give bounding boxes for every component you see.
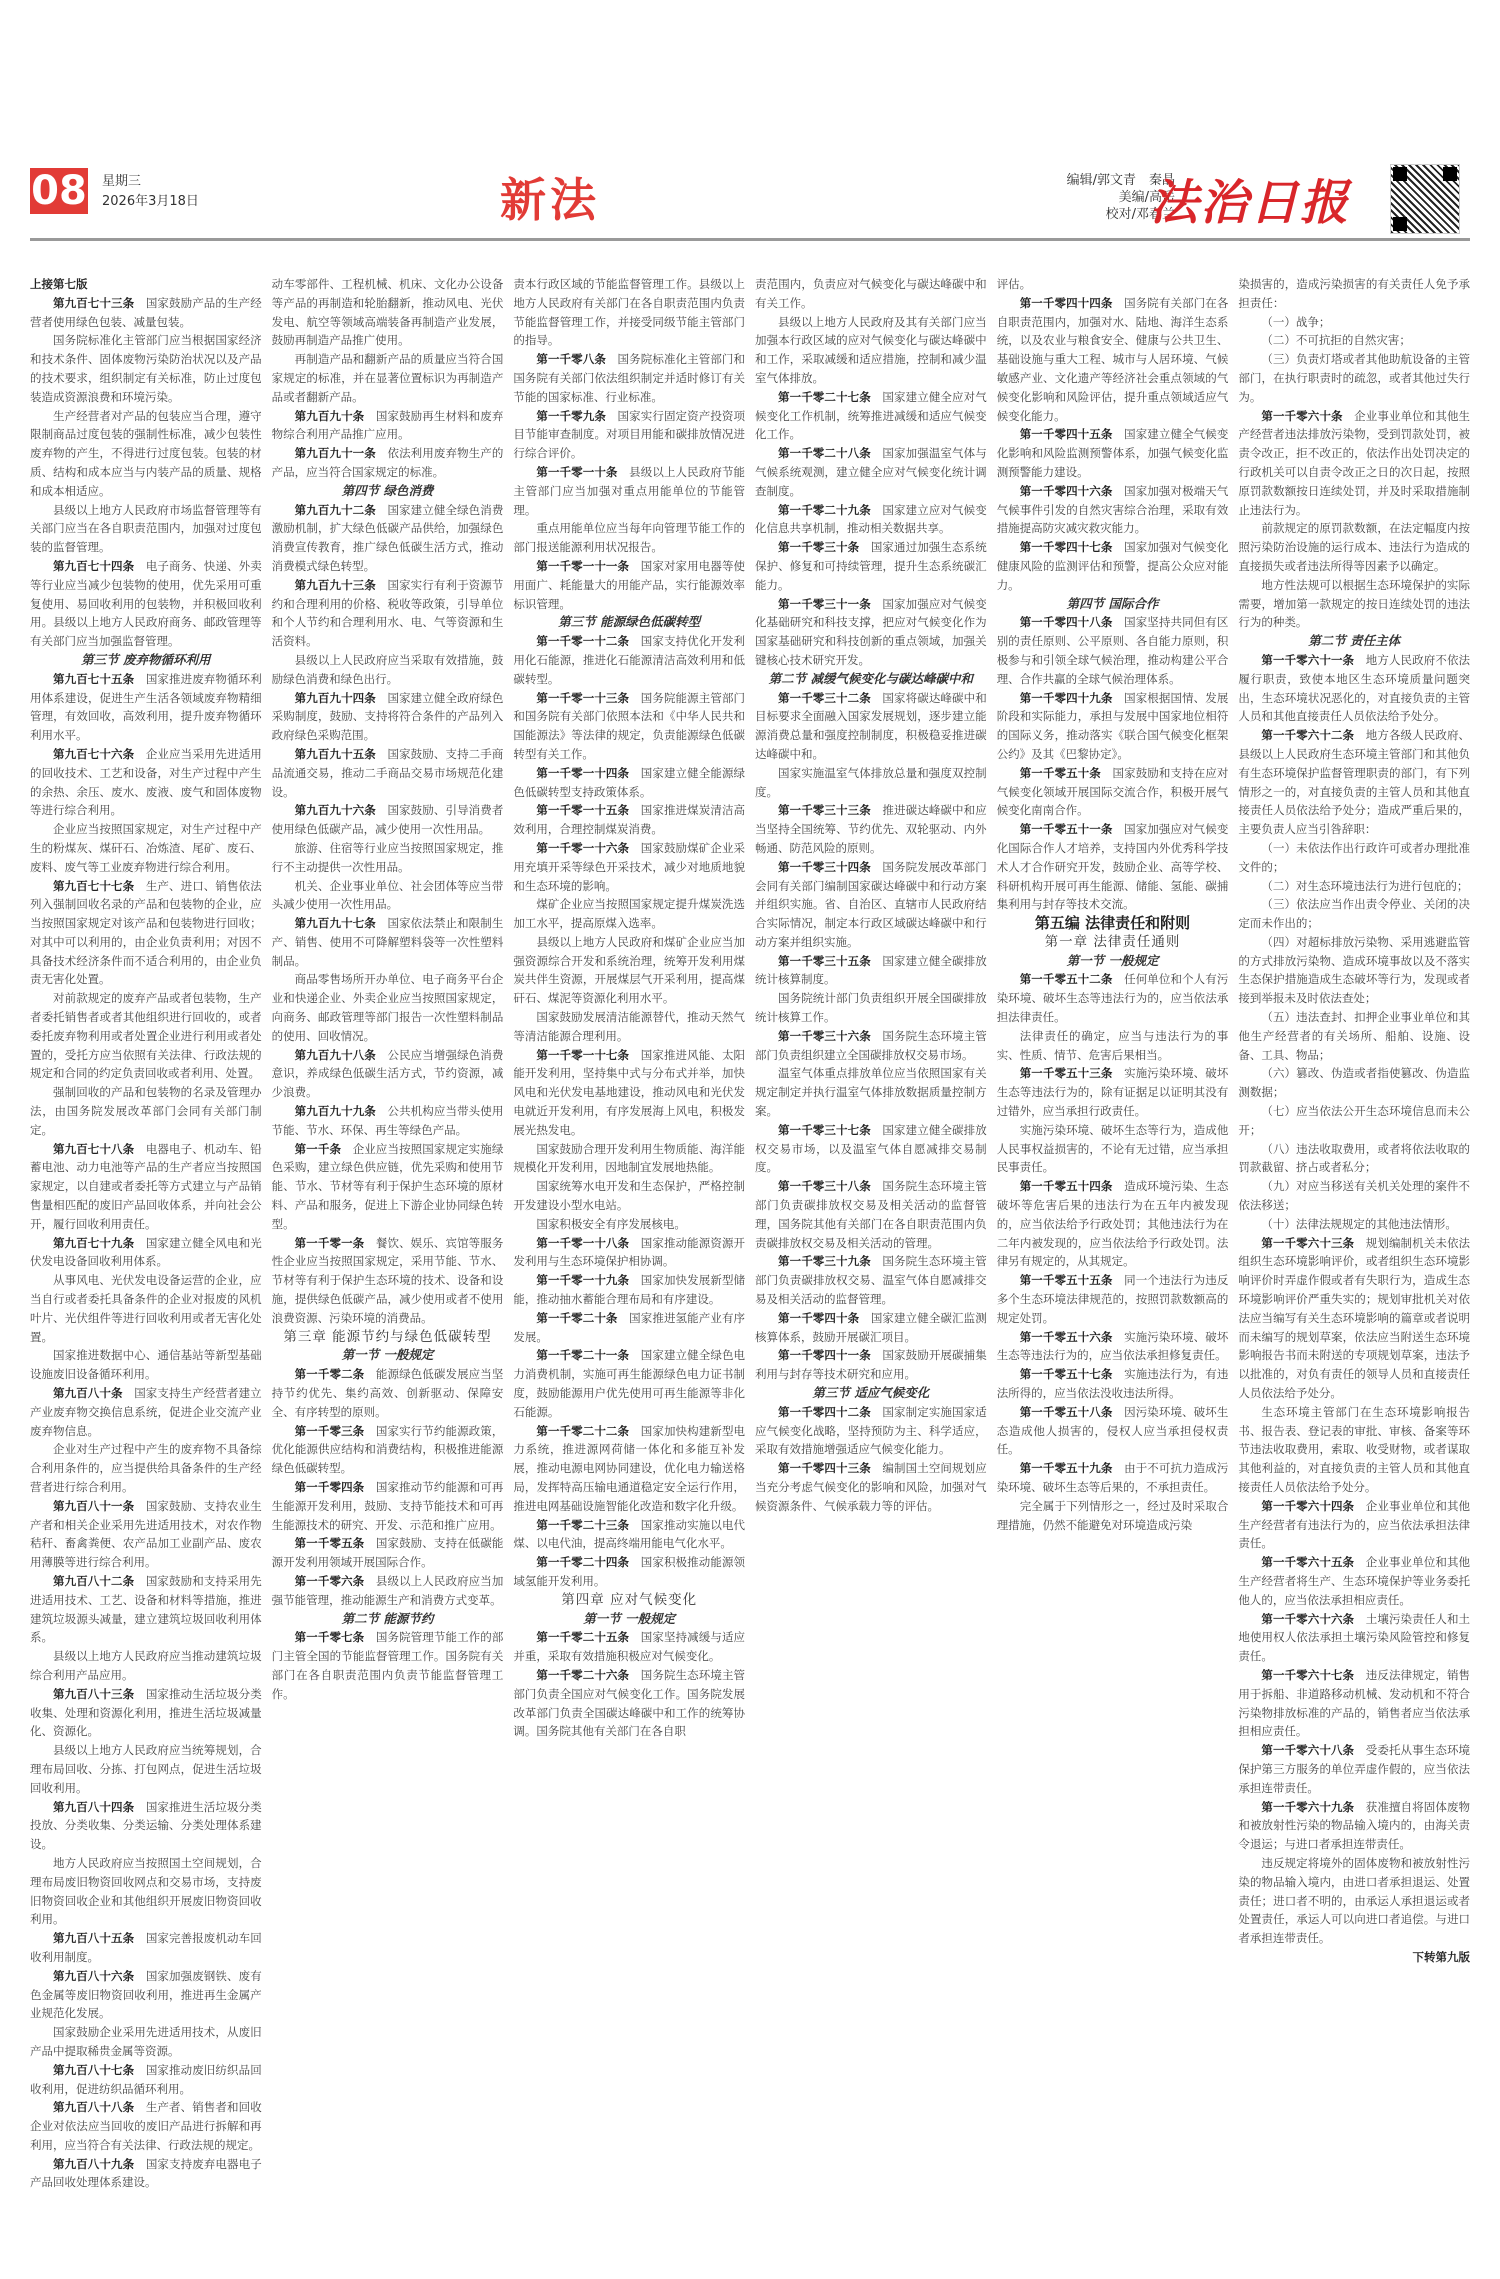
article-paragraph: 第一千零一十三条 国务院能源主管部门和国务院有关部门依照本法和《中华人民共和国能… [513, 689, 745, 764]
article-number: 第一千零二十七条 [778, 390, 871, 404]
body-paragraph: 温室气体重点排放单位应当依照国家有关规定制定并执行温室气体排放数据质量控制方案。 [755, 1064, 987, 1120]
article-number: 第一千零一十八条 [536, 1236, 629, 1250]
article-paragraph: 第九百九十八条 公民应当增强绿色消费意识，养成绿色低碳生活方式，节约资源，减少浪… [272, 1046, 504, 1102]
article-number: 第一千零二十二条 [536, 1424, 629, 1438]
article-paragraph: 第九百八十五条 国家完善报废机动车回收利用制度。 [30, 1929, 262, 1967]
body-paragraph: 完全属于下列情形之一，经过及时采取合理措施，仍然不能避免对环境造成污染 [997, 1497, 1229, 1535]
article-number: 第一千零五十八条 [1020, 1405, 1113, 1419]
article-paragraph: 第一千零二十条 国家推进氢能产业有序发展。 [513, 1309, 745, 1347]
chapter-heading: 第四章 应对气候变化 [513, 1591, 745, 1610]
article-number: 第一千零一十九条 [536, 1273, 629, 1287]
article-number: 第九百八十七条 [53, 2063, 134, 2077]
article-number: 第一千零四十二条 [778, 1405, 871, 1419]
article-number: 第一千零三十八条 [778, 1179, 871, 1193]
article-paragraph: 第一千零五十九条 由于不可抗力造成污染环境、破坏生态等后果的，不承担责任。 [997, 1459, 1229, 1497]
body-paragraph: （一）未依法作出行政许可或者办理批准文件的； [1238, 839, 1470, 877]
article-number: 第九百八十二条 [53, 1574, 134, 1588]
body-paragraph: 企业应当按照国家规定，对生产过程中产生的粉煤灰、煤矸石、冶炼渣、尾矿、废石、废料… [30, 820, 262, 876]
continued-from-label: 上接第七版 [30, 275, 262, 294]
article-number: 第一千零二十九条 [778, 503, 871, 517]
article-text: 企业事业单位和其他生产经营者违法排放污染物，受到罚款处罚，被责令改正，拒不改正的… [1238, 409, 1470, 517]
article-paragraph: 第一千零五十三条 实施污染环境、破坏生态等违法行为的，除有证据足以证明其没有过错… [997, 1064, 1229, 1120]
body-paragraph: 国家鼓励发展清洁能源替代，推动天然气等清洁能源合理利用。 [513, 1008, 745, 1046]
section-heading: 第二节 减缓气候变化与碳达峰碳中和 [755, 670, 987, 689]
article-paragraph: 第一千零二十八条 国家加强温室气体与气候系统观测，建立健全应对气候变化统计调查制… [755, 444, 987, 500]
body-paragraph: 强制回收的产品和包装物的名录及管理办法，由国务院发展改革部门会同有关部门制定。 [30, 1083, 262, 1139]
article-paragraph: 第一千零四十六条 国家加强对极端天气气候事件引发的自然灾害综合治理，采取有效措施… [997, 482, 1229, 538]
article-number: 第九百九十三条 [295, 578, 376, 592]
article-number: 第九百九十一条 [295, 446, 376, 460]
section-heading: 第一节 一般规定 [513, 1610, 745, 1629]
article-number: 第一千零三十一条 [778, 597, 871, 611]
article-paragraph: 第一千零一十九条 国家加快发展新型储能，推动抽水蓄能合理布局和有序建设。 [513, 1271, 745, 1309]
article-paragraph: 第一千零一十二条 国家支持优化开发利用化石能源，推进化石能源清洁高效利用和低碳转… [513, 632, 745, 688]
article-paragraph: 第一千零四十条 国家建立健全碳汇监测核算体系，鼓励开展碳汇项目。 [755, 1309, 987, 1347]
article-paragraph: 第一千零二十二条 国家加快构建新型电力系统，推进源网荷储一体化和多能互补发展，推… [513, 1422, 745, 1516]
article-paragraph: 第一千零四十四条 国务院有关部门在各自职责范围内，加强对水、陆地、海洋生态系统，… [997, 294, 1229, 426]
body-paragraph: 县级以上地方人民政府应当推动建筑垃圾综合利用产品应用。 [30, 1647, 262, 1685]
article-number: 第一千零二十八条 [778, 446, 871, 460]
article-paragraph: 第一千零七条 国务院管理节能工作的部门主管全国的节能监督管理工作。国务院有关部门… [272, 1628, 504, 1703]
article-number: 第一千零七条 [295, 1630, 365, 1644]
article-paragraph: 第九百七十六条 企业应当采用先进适用的回收技术、工艺和设备，对生产过程中产生的余… [30, 745, 262, 820]
article-number: 第一千零四十五条 [1020, 427, 1113, 441]
article-number: 第一千零三十条 [778, 540, 859, 554]
article-number: 第一千零六十九条 [1261, 1800, 1354, 1814]
body-paragraph: 生态环境主管部门在生态环境影响报告书、报告表、登记表的审批、审核、备案等环节违法… [1238, 1403, 1470, 1497]
body-paragraph: 机关、企业事业单位、社会团体等应当带头减少使用一次性用品。 [272, 877, 504, 915]
article-paragraph: 第一千零三十五条 国家建立健全碳排放统计核算制度。 [755, 952, 987, 990]
article-paragraph: 第一千零六十三条 规划编制机关未依法组织生态环境影响评价，或者组织生态环境影响评… [1238, 1234, 1470, 1403]
article-paragraph: 第一千零三十条 国家通过加强生态系统保护、修复和可持续管理，提升生态系统碳汇能力… [755, 538, 987, 594]
chapter-heading: 第三章 能源节约与绿色低碳转型 [272, 1328, 504, 1347]
article-number: 第九百七十五条 [53, 672, 134, 686]
article-number: 第一千零五条 [295, 1536, 365, 1550]
article-paragraph: 第一千零二十三条 国家推动实施以电代煤、以电代油，提高终端用能电气化水平。 [513, 1516, 745, 1554]
article-paragraph: 第一千零一条 餐饮、娱乐、宾馆等服务性企业应当按照国家规定，采用节能、节水、节材… [272, 1234, 504, 1328]
body-paragraph: 再制造产品和翻新产品的质量应当符合国家规定的标准，并在显著位置标识为再制造产品或… [272, 350, 504, 406]
article-paragraph: 第一千零一十五条 国家推进煤炭清洁高效利用，合理控制煤炭消费。 [513, 801, 745, 839]
article-paragraph: 第九百七十四条 电子商务、快递、外卖等行业应当减少包装物的使用，优先采用可重复使… [30, 557, 262, 651]
article-paragraph: 第九百八十一条 国家鼓励、支持农业生产者和相关企业采用先进适用技术，对农作物秸秆… [30, 1497, 262, 1572]
article-number: 第一千零五十二条 [1020, 972, 1113, 986]
article-number: 第一千零五十五条 [1020, 1273, 1113, 1287]
article-paragraph: 第一千零二十五条 国家坚持减缓与适应并重，采取有效措施积极应对气候变化。 [513, 1628, 745, 1666]
article-number: 第九百九十六条 [295, 803, 376, 817]
article-paragraph: 第一千零四十五条 国家建立健全气候变化影响和风险监测预警体系，加强气候变化监测预… [997, 425, 1229, 481]
article-paragraph: 第一千零六十七条 违反法律规定，销售用于拆船、非道路移动机械、发动机和不符合污染… [1238, 1666, 1470, 1741]
article-number: 第一千零一十七条 [536, 1048, 629, 1062]
article-text: 规划编制机关未依法组织生态环境影响评价，或者组织生态环境影响评价时弄虚作假或者有… [1238, 1236, 1470, 1400]
body-paragraph: 商品零售场所开办单位、电子商务平台企业和快递企业、外卖企业应当按照国家规定，向商… [272, 970, 504, 1045]
article-paragraph: 第九百八十二条 国家鼓励和支持采用先进适用技术、工艺、设备和材料等措施，推进建筑… [30, 1572, 262, 1647]
article-paragraph: 第九百九十四条 国家建立健全政府绿色采购制度，鼓励、支持将符合条件的产品列入政府… [272, 689, 504, 745]
article-paragraph: 第一千零三十四条 国务院发展改革部门会同有关部门编制国家碳达峰碳中和行动方案并组… [755, 858, 987, 952]
article-number: 第一千零一十条 [536, 465, 617, 479]
body-paragraph: 县级以上地方人民政府应当统筹规划，合理布局回收、分拣、打包网点，促进生活垃圾回收… [30, 1741, 262, 1797]
article-paragraph: 第一千零五十二条 任何单位和个人有污染环境、破坏生态等违法行为的，应当依法承担法… [997, 970, 1229, 1026]
article-number: 第九百九十二条 [295, 503, 376, 517]
body-paragraph: （八）违法收取费用，或者将依法收取的罚款截留、挤占或者私分； [1238, 1140, 1470, 1178]
article-paragraph: 第一千零一十一条 国家对家用电器等使用面广、耗能量大的用能产品，实行能源效率标识… [513, 557, 745, 613]
article-paragraph: 第一千零五十八条 因污染环境、破坏生态造成他人损害的，侵权人应当承担侵权责任。 [997, 1403, 1229, 1459]
body-paragraph: 县级以上人民政府应当采取有效措施，鼓励绿色消费和绿色出行。 [272, 651, 504, 689]
article-paragraph: 第九百八十三条 国家推动生活垃圾分类收集、处理和资源化利用，推进生活垃圾减量化、… [30, 1685, 262, 1741]
article-number: 第一千零二十六条 [536, 1668, 629, 1682]
article-number: 第九百七十九条 [53, 1236, 134, 1250]
article-paragraph: 第一千零五条 国家鼓励、支持在低碳能源开发利用领域开展国际合作。 [272, 1534, 504, 1572]
article-number: 第一千零三十五条 [778, 954, 871, 968]
article-number: 第九百七十六条 [53, 747, 134, 761]
article-number: 第九百九十条 [295, 409, 365, 423]
article-number: 第一千条 [295, 1142, 341, 1156]
article-paragraph: 第九百八十条 国家支持生产经营者建立产业废弃物交换信息系统，促进企业交流产业废弃… [30, 1384, 262, 1440]
body-paragraph: 染损害的，造成污染损害的有关责任人免予承担责任： [1238, 275, 1470, 313]
weekday-label: 星期三 [102, 170, 141, 189]
body-paragraph: 县级以上地方人民政府市场监督管理等有关部门应当在各自职责范围内，加强对过度包装的… [30, 501, 262, 557]
body-paragraph: （四）对超标排放污染物、采用逃避监管的方式排放污染物、造成环境事故以及不落实生态… [1238, 933, 1470, 1008]
article-number: 第一千零一十二条 [536, 634, 629, 648]
article-paragraph: 第九百七十三条 国家鼓励产品的生产经营者使用绿色包装、减量包装。 [30, 294, 262, 332]
body-paragraph: 法律责任的确定，应当与违法行为的事实、性质、情节、危害后果相当。 [997, 1027, 1229, 1065]
article-number: 第九百七十四条 [53, 559, 134, 573]
article-number: 第一千零五十九条 [1020, 1461, 1113, 1475]
section-heading: 第二节 能源节约 [272, 1610, 504, 1629]
article-number: 第一千零一十一条 [536, 559, 629, 573]
column-6: 染损害的，造成污染损害的有关责任人免予承担责任：（一）战争；（二）不可抗拒的自然… [1238, 275, 1470, 2220]
article-paragraph: 第一千零四十二条 国家制定实施国家适应气候变化战略，坚持预防为主、科学适应，采取… [755, 1403, 987, 1459]
body-paragraph: 煤矿企业应当按照国家规定提升煤炭洗选加工水平，提高原煤入选率。 [513, 895, 745, 933]
article-paragraph: 第一千零一十六条 国家鼓励煤矿企业采用充填开采等绿色开采技术，减少对地质地貌和生… [513, 839, 745, 895]
body-paragraph: （一）战争； [1238, 313, 1470, 332]
article-number: 第一千零一十三条 [536, 691, 629, 705]
article-number: 第一千零三条 [295, 1424, 365, 1438]
body-paragraph: （二）不可抗拒的自然灾害； [1238, 331, 1470, 350]
article-columns: 上接第七版第九百七十三条 国家鼓励产品的生产经营者使用绿色包装、减量包装。国务院… [30, 275, 1470, 2220]
article-number: 第一千零六十条 [1261, 409, 1342, 423]
article-number: 第一千零三十四条 [778, 860, 871, 874]
article-paragraph: 第一千零三十八条 国务院生态环境主管部门负责碳排放权交易及相关活动的监督管理，国… [755, 1177, 987, 1252]
body-paragraph: （六）篡改、伪造或者指使篡改、伪造监测数据； [1238, 1064, 1470, 1102]
article-paragraph: 第一千零三十七条 国家建立健全碳排放权交易市场，以及温室气体自愿减排交易制度。 [755, 1121, 987, 1177]
column-1: 上接第七版第九百七十三条 国家鼓励产品的生产经营者使用绿色包装、减量包装。国务院… [30, 275, 262, 2220]
article-number: 第九百八十三条 [53, 1687, 134, 1701]
article-paragraph: 第一千零三十九条 国务院生态环境主管部门负责碳排放权交易、温室气体自愿减排交易及… [755, 1252, 987, 1308]
body-paragraph: （五）违法查封、扣押企业事业单位和其他生产经营者的有关场所、船舶、设施、设备、工… [1238, 1008, 1470, 1064]
article-number: 第一千零六条 [295, 1574, 365, 1588]
article-paragraph: 第一千零六十四条 企业事业单位和其他生产经营者有违法行为的，应当依法承担法律责任… [1238, 1497, 1470, 1553]
article-number: 第一千零四十条 [778, 1311, 859, 1325]
article-paragraph: 第一千零八条 国务院标准化主管部门和国务院有关部门依法组织制定并适时修订有关节能… [513, 350, 745, 406]
body-paragraph: 地方性法规可以根据生态环境保护的实际需要，增加第一款规定的按日连续处罚的违法行为… [1238, 576, 1470, 632]
article-number: 第一千零五十条 [1020, 766, 1101, 780]
article-number: 第一千零二条 [295, 1367, 365, 1381]
article-paragraph: 第一千零四十三条 编制国土空间规划应当充分考虑气候变化的影响和风险，加强对气候资… [755, 1459, 987, 1515]
body-paragraph: 县级以上地方人民政府及其有关部门应当加强本行政区域的应对气候变化与碳达峰碳中和工… [755, 313, 987, 388]
article-number: 第九百九十九条 [295, 1104, 376, 1118]
article-number: 第一千零四十四条 [1020, 296, 1113, 310]
section-heading: 第一节 一般规定 [997, 952, 1229, 971]
body-paragraph: （三）依法应当作出责令停业、关闭的决定而未作出的； [1238, 895, 1470, 933]
body-paragraph: 评估。 [997, 275, 1229, 294]
article-number: 第一千零二十五条 [536, 1630, 629, 1644]
body-paragraph: （二）对生态环境违法行为进行包庇的； [1238, 877, 1470, 896]
article-paragraph: 第一千零三十三条 推进碳达峰碳中和应当坚持全国统筹、节约优先、双轮驱动、内外畅通… [755, 801, 987, 857]
article-number: 第一千零五十四条 [1020, 1179, 1113, 1193]
article-number: 第九百九十五条 [295, 747, 376, 761]
article-number: 第九百八十四条 [53, 1800, 134, 1814]
page-header: 08 星期三 2026年3月18日 新法 编辑/郭文青 秦晶 美编/高岳 校对/… [30, 160, 1470, 240]
article-paragraph: 第一千零三十六条 国务院生态环境主管部门负责组织建立全国碳排放权交易市场。 [755, 1027, 987, 1065]
article-number: 第一千零一条 [295, 1236, 365, 1250]
article-paragraph: 第九百七十七条 生产、进口、销售依法列入强制回收名录的产品和包装物的企业，应当按… [30, 877, 262, 990]
article-number: 第九百九十七条 [295, 916, 376, 930]
article-paragraph: 第九百七十九条 国家建立健全风电和光伏发电设备回收利用体系。 [30, 1234, 262, 1272]
article-number: 第一千零六十六条 [1261, 1612, 1354, 1626]
article-paragraph: 第九百九十二条 国家建立健全绿色消费激励机制，扩大绿色低碳产品供给，加强绿色消费… [272, 501, 504, 576]
article-number: 第九百八十五条 [53, 1931, 134, 1945]
article-paragraph: 第一千零四条 国家推动节约能源和可再生能源开发利用，鼓励、支持节能技术和可再生能… [272, 1478, 504, 1534]
article-paragraph: 第一千零六十九条 获准擅自将固体废物和被放射性污染的物品输入境内的，由海关责令退… [1238, 1798, 1470, 1854]
body-paragraph: 国家鼓励企业采用先进适用技术，从废旧产品中提取稀贵金属等资源。 [30, 2023, 262, 2061]
article-paragraph: 第一千零四十一条 国家鼓励开展碳捕集利用与封存等技术研究和应用。 [755, 1346, 987, 1384]
article-number: 第一千零六十一条 [1261, 653, 1354, 667]
article-number: 第一千零四条 [295, 1480, 365, 1494]
article-paragraph: 第九百八十六条 国家加强废钢铁、废有色金属等废旧物资回收利用，推进再生金属产业规… [30, 1967, 262, 2023]
body-paragraph: 国家推进数据中心、通信基站等新型基础设施废旧设备循环利用。 [30, 1346, 262, 1384]
article-paragraph: 第一千零一十四条 国家建立健全能源绿色低碳转型支持政策体系。 [513, 764, 745, 802]
part-heading: 第五编 法律责任和附则 [997, 914, 1229, 933]
article-paragraph: 第一千零一十八条 国家推动能源资源开发利用与生态环境保护相协调。 [513, 1234, 745, 1272]
body-paragraph: 国务院标准化主管部门应当根据国家经济和技术条件、固体废物污染防治状况以及产品的技… [30, 331, 262, 406]
article-paragraph: 第一千零三十二条 国家将碳达峰碳中和目标要求全面融入国家发展规划，逐步建立能源消… [755, 689, 987, 764]
body-paragraph: 地方人民政府应当按照国土空间规划，合理布局废旧物资回收网点和交易市场，支持废旧物… [30, 1854, 262, 1929]
article-number: 第一千零二十四条 [536, 1555, 629, 1569]
article-paragraph: 第九百九十条 国家鼓励再生材料和废弃物综合利用产品推广应用。 [272, 407, 504, 445]
article-paragraph: 第一千零六十条 企业事业单位和其他生产经营者违法排放污染物，受到罚款处罚，被责令… [1238, 407, 1470, 520]
article-paragraph: 第一千零六十一条 地方人民政府不依法履行职责，致使本地区生态环境质量问题突出，生… [1238, 651, 1470, 726]
article-paragraph: 第一千零四十八条 国家坚持共同但有区别的责任原则、公平原则、各自能力原则，积极参… [997, 613, 1229, 688]
article-paragraph: 第一千零二十九条 国家建立应对气候变化信息共享机制，推动相关数据共享。 [755, 501, 987, 539]
article-number: 第一千零九条 [536, 409, 606, 423]
column-3: 责本行政区域的节能监督管理工作。县级以上地方人民政府有关部门在各自职责范围内负责… [513, 275, 745, 2220]
article-paragraph: 第一千零三十一条 国家加强应对气候变化基础研究和科技支撑，把应对气候变化作为国家… [755, 595, 987, 670]
article-number: 第一千零六十七条 [1261, 1668, 1354, 1682]
article-paragraph: 第一千零六十五条 企业事业单位和其他生产经营者将生产、生态环境保护等业务委托他人… [1238, 1553, 1470, 1609]
article-number: 第一千零五十三条 [1020, 1066, 1113, 1080]
article-paragraph: 第一千零一十七条 国家推进风能、太阳能开发利用，坚持集中式与分布式并举，加快风电… [513, 1046, 745, 1140]
article-text: 生产、进口、销售依法列入强制回收名录的产品和包装物的企业，应当按照国家规定对该产… [30, 879, 262, 987]
body-paragraph: 对前款规定的废弃产品或者包装物，生产者委托销售者或者其他组织进行回收的，或者委托… [30, 989, 262, 1083]
article-number: 第一千零五十一条 [1020, 822, 1113, 836]
article-number: 第九百九十四条 [295, 691, 376, 705]
body-paragraph: 从事风电、光伏发电设备运营的企业，应当自行或者委托具备条件的企业对报废的风机叶片… [30, 1271, 262, 1346]
article-number: 第一千零一十六条 [536, 841, 629, 855]
article-paragraph: 第一千零五十一条 国家加强应对气候变化国际合作人才培养，支持国内外优秀科学技术人… [997, 820, 1229, 914]
article-paragraph: 第九百八十八条 生产者、销售者和回收企业对依法应当回收的废旧产品进行拆解和再利用… [30, 2098, 262, 2154]
chapter-heading: 第一章 法律责任通则 [997, 933, 1229, 952]
article-number: 第一千零三十三条 [778, 803, 871, 817]
column-5: 评估。第一千零四十四条 国务院有关部门在各自职责范围内，加强对水、陆地、海洋生态… [997, 275, 1229, 2220]
body-paragraph: 责本行政区域的节能监督管理工作。县级以上地方人民政府有关部门在各自职责范围内负责… [513, 275, 745, 350]
article-number: 第一千零四十六条 [1020, 484, 1113, 498]
article-paragraph: 第九百九十九条 公共机构应当带头使用节能、节水、环保、再生等绿色产品。 [272, 1102, 504, 1140]
header-divider [30, 238, 1470, 241]
body-paragraph: 责范围内，负责应对气候变化与碳达峰碳中和有关工作。 [755, 275, 987, 313]
article-paragraph: 第一千零六十六条 土壤污染责任人和土地使用权人依法承担土壤污染风险管控和修复责任… [1238, 1610, 1470, 1666]
article-number: 第一千零六十二条 [1261, 728, 1354, 742]
article-number: 第一千零八条 [536, 352, 606, 366]
article-paragraph: 第一千零六十二条 地方各级人民政府、县级以上人民政府生态环境主管部门和其他负有生… [1238, 726, 1470, 839]
article-number: 第一千零三十九条 [778, 1254, 871, 1268]
body-paragraph: （七）应当依法公开生态环境信息而未公开； [1238, 1102, 1470, 1140]
body-paragraph: 旅游、住宿等行业应当按照国家规定，推行不主动提供一次性用品。 [272, 839, 504, 877]
article-paragraph: 第一千条 企业应当按照国家规定实施绿色采购，建立绿色供应链，优先采购和使用节能、… [272, 1140, 504, 1234]
article-paragraph: 第一千零二十七条 国家建立健全应对气候变化工作机制，统筹推进减缓和适应气候变化工… [755, 388, 987, 444]
article-number: 第一千零三十二条 [778, 691, 871, 705]
body-paragraph: 国家鼓励合理开发利用生物质能、海洋能规模化开发利用，因地制宜发展地热能。 [513, 1140, 745, 1178]
article-paragraph: 第一千零三条 国家实行节约能源政策，优化能源供应结构和消费结构，积极推进能源绿色… [272, 1422, 504, 1478]
article-number: 第一千零三十六条 [778, 1029, 871, 1043]
body-paragraph: 国务院统计部门负责组织开展全国碳排放统计核算工作。 [755, 989, 987, 1027]
article-paragraph: 第九百九十六条 国家鼓励、引导消费者使用绿色低碳产品，减少使用一次性用品。 [272, 801, 504, 839]
article-number: 第一千零一十四条 [536, 766, 629, 780]
article-number: 第九百八十九条 [53, 2157, 134, 2171]
article-number: 第九百八十一条 [53, 1499, 134, 1513]
date-label: 2026年3月18日 [102, 190, 199, 209]
section-heading: 第四节 国际合作 [997, 595, 1229, 614]
article-paragraph: 第一千零二条 能源绿色低碳发展应当坚持节约优先、集约高效、创新驱动、保障安全、有… [272, 1365, 504, 1421]
body-paragraph: 重点用能单位应当每年向管理节能工作的部门报送能源利用状况报告。 [513, 519, 745, 557]
article-number: 第一千零六十八条 [1261, 1743, 1354, 1757]
article-number: 第一千零五十七条 [1020, 1367, 1113, 1381]
article-paragraph: 第一千零二十四条 国家积极推动能源领域氢能开发利用。 [513, 1553, 745, 1591]
article-number: 第一千零二十一条 [536, 1348, 629, 1362]
article-number: 第一千零四十七条 [1020, 540, 1113, 554]
article-paragraph: 第一千零一十条 县级以上人民政府节能主管部门应当加强对重点用能单位的节能管理。 [513, 463, 745, 519]
article-paragraph: 第一千零九条 国家实行固定资产投资项目节能审查制度。对项目用能和碳排放情况进行综… [513, 407, 745, 463]
article-paragraph: 第一千零四十七条 国家加强对气候变化健康风险的监测评估和预警，提高公众应对能力。 [997, 538, 1229, 594]
section-heading: 第二节 责任主体 [1238, 632, 1470, 651]
body-paragraph: （三）负责灯塔或者其他助航设备的主管部门，在执行职责时的疏忽，或者其他过失行为。 [1238, 350, 1470, 406]
article-paragraph: 第一千零五十条 国家鼓励和支持在应对气候变化领域开展国际交流合作，积极开展气候变… [997, 764, 1229, 820]
article-paragraph: 第九百九十五条 国家鼓励、支持二手商品流通交易，推动二手商品交易市场规范化建设。 [272, 745, 504, 801]
article-paragraph: 第一千零六条 县级以上人民政府应当加强节能管理，推动能源生产和消费方式变革。 [272, 1572, 504, 1610]
article-paragraph: 第九百九十一条 依法利用废弃物生产的产品，应当符合国家规定的标准。 [272, 444, 504, 482]
article-paragraph: 第一千零二十六条 国务院生态环境主管部门负责全国应对气候变化工作。国务院发展改革… [513, 1666, 745, 1741]
article-paragraph: 第一千零四十九条 国家根据国情、发展阶段和实际能力，承担与发展中国家地位相符的国… [997, 689, 1229, 764]
body-paragraph: 违反规定将境外的固体废物和被放射性污染的物品输入境内，由进口者承担退运、处置责任… [1238, 1854, 1470, 1948]
article-number: 第一千零二十条 [536, 1311, 617, 1325]
column-4: 责范围内，负责应对气候变化与碳达峰碳中和有关工作。县级以上地方人民政府及其有关部… [755, 275, 987, 2220]
article-number: 第一千零五十六条 [1020, 1330, 1113, 1344]
body-paragraph: 实施污染环境、破坏生态等行为，造成他人民事权益损害的，不论有无过错，应当承担民事… [997, 1121, 1229, 1177]
body-paragraph: 国家实施温室气体排放总量和强度双控制度。 [755, 764, 987, 802]
article-number: 第一千零三十七条 [778, 1123, 871, 1137]
section-heading: 第三节 废弃物循环利用 [30, 651, 262, 670]
body-paragraph: 企业对生产过程中产生的废弃物不具备综合利用条件的，应当提供给具备条件的生产经营者… [30, 1440, 262, 1496]
section-heading: 第四节 绿色消费 [272, 482, 504, 501]
article-number: 第一千零二十三条 [536, 1518, 629, 1532]
qr-code-icon[interactable] [1390, 164, 1460, 234]
continued-to-label: 下转第九版 [1238, 1948, 1470, 1967]
article-paragraph: 第九百九十七条 国家依法禁止和限制生产、销售、使用不可降解塑料袋等一次性塑料制品… [272, 914, 504, 970]
newspaper-masthead-logo: 法治日报 [1150, 164, 1350, 233]
article-number: 第一千零四十八条 [1020, 615, 1113, 629]
article-number: 第一千零四十一条 [778, 1348, 871, 1362]
body-paragraph: 国家统筹水电开发和生态保护，严格控制开发建设小型水电站。 [513, 1177, 745, 1215]
article-paragraph: 第一千零二十一条 国家建立健全绿色电力消费机制，实施可再生能源绿色电力证书制度，… [513, 1346, 745, 1421]
article-paragraph: 第九百七十八条 电器电子、机动车、铅蓄电池、动力电池等产品的生产者应当按照国家规… [30, 1140, 262, 1234]
newspaper-page: 08 星期三 2026年3月18日 新法 编辑/郭文青 秦晶 美编/高岳 校对/… [30, 160, 1470, 240]
article-number: 第一千零六十四条 [1261, 1499, 1354, 1513]
section-heading: 第三节 能源绿色低碳转型 [513, 613, 745, 632]
article-number: 第一千零四十三条 [778, 1461, 871, 1475]
article-text: 地方各级人民政府、县级以上人民政府生态环境主管部门和其他负有生态环境保护监督管理… [1238, 728, 1470, 836]
article-paragraph: 第一千零五十七条 实施违法行为，有违法所得的，应当依法没收违法所得。 [997, 1365, 1229, 1403]
article-number: 第九百七十三条 [53, 296, 134, 310]
article-paragraph: 第一千零五十五条 同一个违法行为违反多个生态环境法律规范的，按照罚款数额高的规定… [997, 1271, 1229, 1327]
body-paragraph: 国家积极安全有序发展核电。 [513, 1215, 745, 1234]
article-paragraph: 第九百七十五条 国家推进废弃物循环利用体系建设，促进生产生活各领域废弃物精细管理… [30, 670, 262, 745]
body-paragraph: 前款规定的原罚款数额，在法定幅度内按照污染防治设施的运行成本、违法行为造成的直接… [1238, 519, 1470, 575]
body-paragraph: 生产经营者对产品的包装应当合理，遵守限制商品过度包装的强制性标准，减少包装性废弃… [30, 407, 262, 501]
body-paragraph: 县级以上地方人民政府和煤矿企业应当加强资源综合开发和系统治理，统筹开发利用煤炭共… [513, 933, 745, 1008]
article-number: 第一千零一十五条 [536, 803, 629, 817]
section-heading: 第一节 一般规定 [272, 1346, 504, 1365]
article-paragraph: 第九百八十四条 国家推进生活垃圾分类投放、分类收集、分类运输、分类处理体系建设。 [30, 1798, 262, 1854]
article-number: 第九百七十七条 [53, 879, 134, 893]
body-paragraph: （十）法律法规规定的其他违法情形。 [1238, 1215, 1470, 1234]
section-title: 新法 [320, 164, 780, 230]
article-paragraph: 第一千零五十四条 造成环境污染、生态破坏等危害后果的违法行为在五年内被发现的，应… [997, 1177, 1229, 1271]
article-number: 第一千零六十三条 [1261, 1236, 1354, 1250]
article-paragraph: 第九百八十七条 国家推动废旧纺织品回收利用，促进纺织品循环利用。 [30, 2061, 262, 2099]
body-paragraph: 动车零部件、工程机械、机床、文化办公设备等产品的再制造和轮胎翻新，推动风电、光伏… [272, 275, 504, 350]
article-number: 第九百八十六条 [53, 1969, 134, 1983]
article-number: 第九百七十八条 [53, 1142, 134, 1156]
page-number-badge: 08 [30, 168, 88, 214]
article-paragraph: 第九百八十九条 国家支持废弃电器电子产品回收处理体系建设。 [30, 2155, 262, 2193]
article-paragraph: 第一千零六十八条 受委托从事生态环境保护第三方服务的单位弄虚作假的，应当依法承担… [1238, 1741, 1470, 1797]
article-number: 第九百九十八条 [295, 1048, 376, 1062]
section-heading: 第三节 适应气候变化 [755, 1384, 987, 1403]
article-paragraph: 第一千零五十六条 实施污染环境、破坏生态等违法行为的，应当依法承担修复责任。 [997, 1328, 1229, 1366]
article-text: 国务院有关部门在各自职责范围内，加强对水、陆地、海洋生态系统，以及农业与粮食安全… [997, 296, 1229, 423]
article-paragraph: 第九百九十三条 国家实行有利于资源节约和合理利用的价格、税收等政策，引导单位和个… [272, 576, 504, 651]
column-2: 动车零部件、工程机械、机床、文化办公设备等产品的再制造和轮胎翻新，推动风电、光伏… [272, 275, 504, 2220]
article-number: 第一千零四十九条 [1020, 691, 1113, 705]
article-number: 第一千零六十五条 [1261, 1555, 1354, 1569]
article-number: 第九百八十条 [53, 1386, 123, 1400]
body-paragraph: （九）对应当移送有关机关处理的案件不依法移送； [1238, 1177, 1470, 1215]
article-number: 第九百八十八条 [53, 2100, 134, 2114]
